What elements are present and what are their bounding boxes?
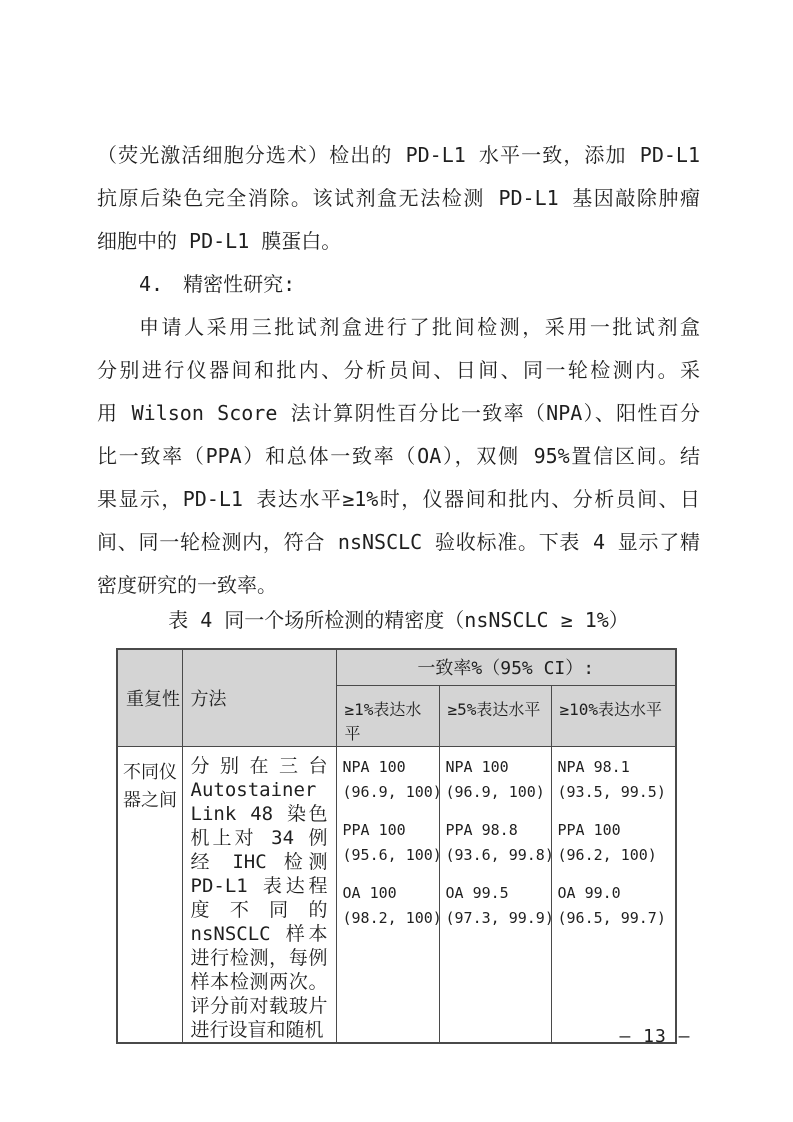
cell-method: 分别在三台 Autostainer Link 48 染色机上对 34 例经 IH… — [182, 746, 336, 1043]
header-repeatability: 重复性 — [117, 649, 182, 746]
subheader-level-1pct: ≥1%表达水平 — [336, 685, 439, 746]
stat-ci: (98.2, 100) — [343, 906, 437, 931]
stat-metric: NPA 98.1 — [558, 755, 674, 780]
subheader-level-5pct: ≥5%表达水平 — [439, 685, 551, 746]
stat-metric: OA 100 — [343, 881, 437, 906]
stat-metric: PPA 100 — [558, 818, 674, 843]
stat-block: PPA 100 (96.2, 100) — [558, 818, 674, 868]
cell-repeatability: 不同仪器之间 — [117, 746, 182, 1043]
table-caption: 表 4 同一个场所检测的精密度（nsNSCLC ≥ 1%） — [97, 599, 700, 642]
body-text-line: 申请人采用三批试剂盒进行了批间检测，采用一批试剂盒 — [97, 306, 700, 349]
stat-ci: (93.5, 99.5) — [558, 780, 674, 805]
subheader-level-10pct: ≥10%表达水平 — [551, 685, 676, 746]
body-paragraphs: （荧光激活细胞分选术）检出的 PD-L1 水平一致，添加 PD-L1 抗原后染色… — [97, 134, 700, 607]
cell-stats-level-10pct: NPA 98.1 (93.5, 99.5) PPA 100 (96.2, 100… — [551, 746, 676, 1043]
page-number: — 13 — — [605, 1026, 705, 1047]
cell-stats-level-5pct: NPA 100 (96.9, 100) PPA 98.8 (93.6, 99.8… — [439, 746, 551, 1043]
stat-metric: NPA 100 — [446, 755, 549, 780]
body-text-line: （荧光激活细胞分选术）检出的 PD-L1 水平一致，添加 PD-L1 — [97, 134, 700, 177]
precision-table: 重复性 方法 一致率%（95% CI）: ≥1%表达水平 ≥5%表达水平 ≥10… — [116, 648, 677, 1044]
stat-block: OA 99.0 (96.5, 99.7) — [558, 881, 674, 931]
stat-metric: OA 99.5 — [446, 881, 549, 906]
stat-metric: PPA 100 — [343, 818, 437, 843]
header-agreement: 一致率%（95% CI）: — [336, 649, 676, 685]
header-method: 方法 — [182, 649, 336, 746]
stat-block: OA 99.5 (97.3, 99.9) — [446, 881, 549, 931]
stat-block: NPA 100 (96.9, 100) — [446, 755, 549, 805]
stat-ci: (97.3, 99.9) — [446, 906, 549, 931]
stat-block: PPA 98.8 (93.6, 99.8) — [446, 818, 549, 868]
stat-block: NPA 98.1 (93.5, 99.5) — [558, 755, 674, 805]
stat-metric: NPA 100 — [343, 755, 437, 780]
stat-metric: PPA 98.8 — [446, 818, 549, 843]
cell-stats-level-1pct: NPA 100 (96.9, 100) PPA 100 (95.6, 100) … — [336, 746, 439, 1043]
body-text-line: 果显示，PD-L1 表达水平≥1%时，仪器间和批内、分析员间、日 — [97, 478, 700, 521]
stat-ci: (96.9, 100) — [446, 780, 549, 805]
document-page: （荧光激活细胞分选术）检出的 PD-L1 水平一致，添加 PD-L1 抗原后染色… — [0, 0, 793, 1122]
table-row: 不同仪器之间 分别在三台 Autostainer Link 48 染色机上对 3… — [117, 746, 676, 1043]
stat-ci: (96.5, 99.7) — [558, 906, 674, 931]
body-text-line: 比一致率（PPA）和总体一致率（OA），双侧 95%置信区间。结 — [97, 435, 700, 478]
body-text-line: 分别进行仪器间和批内、分析员间、日间、同一轮检测内。采 — [97, 349, 700, 392]
stat-ci: (96.2, 100) — [558, 843, 674, 868]
body-text-line: 抗原后染色完全消除。该试剂盒无法检测 PD-L1 基因敲除肿瘤 — [97, 177, 700, 220]
stat-block: NPA 100 (96.9, 100) — [343, 755, 437, 805]
body-text-line: 间、同一轮检测内，符合 nsNSCLC 验收标准。下表 4 显示了精 — [97, 521, 700, 564]
stat-block: PPA 100 (95.6, 100) — [343, 818, 437, 868]
stat-ci: (93.6, 99.8) — [446, 843, 549, 868]
body-text-line: 细胞中的 PD-L1 膜蛋白。 — [97, 220, 700, 263]
section-heading: 4. 精密性研究: — [97, 263, 700, 306]
stat-ci: (96.9, 100) — [343, 780, 437, 805]
stat-block: OA 100 (98.2, 100) — [343, 881, 437, 931]
body-text-line: 用 Wilson Score 法计算阴性百分比一致率（NPA）、阳性百分 — [97, 392, 700, 435]
stat-metric: OA 99.0 — [558, 881, 674, 906]
stat-ci: (95.6, 100) — [343, 843, 437, 868]
